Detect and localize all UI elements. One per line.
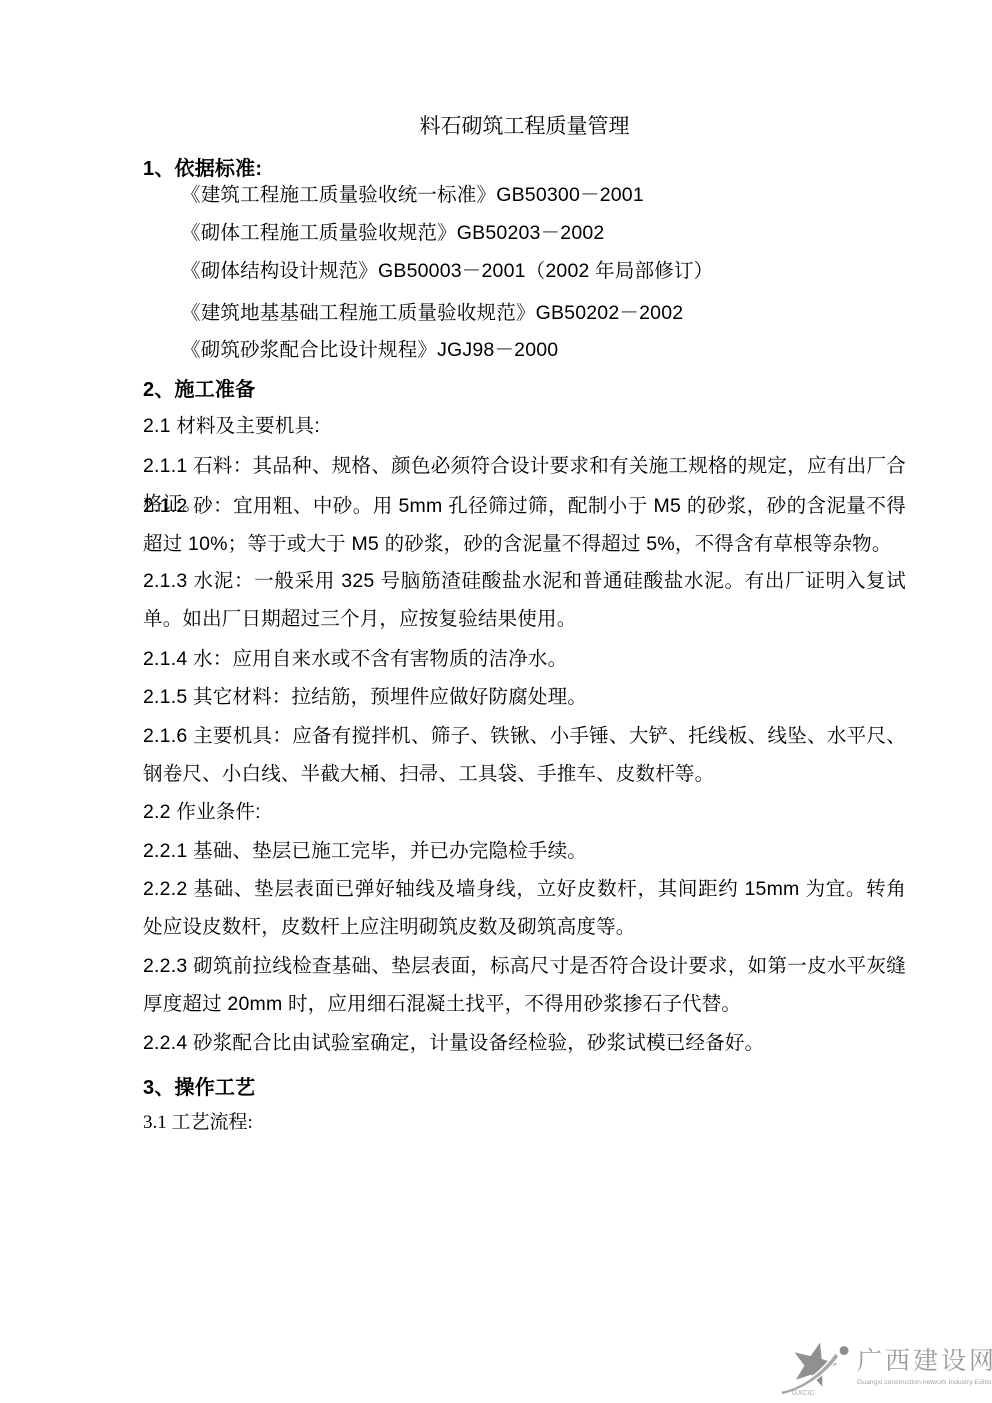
section-2-heading: 2、施工准备 (143, 371, 906, 409)
star-logo-icon: GXCIC (779, 1338, 853, 1398)
para-2-2-2: 2.2.2 基础、垫层表面已弹好轴线及墙身线，立好皮数杆，其间距约 15mm 为… (143, 870, 906, 947)
watermark-texts: 广西建设网 Guangxi construction network Indus… (857, 1348, 992, 1387)
watermark-tagline: Guangxi construction network Industry Ed… (857, 1379, 992, 1387)
para-2-1-5: 2.1.5 其它材料：拉结筋，预埋件应做好防腐处理。 (143, 678, 906, 716)
para-2-2-1: 2.2.1 基础、垫层已施工完毕，并已办完隐检手续。 (143, 832, 906, 870)
reference-item-1: 《建筑工程施工质量验收统一标准》GB50300－2001 (181, 176, 906, 214)
para-2-1-2: 2.1.2 砂：宜用粗、中砂。用 5mm 孔径筛过筛，配制小于 M5 的砂浆，砂… (143, 487, 906, 564)
doc-title: 料石砌筑工程质量管理 (143, 108, 906, 146)
para-2-1-4: 2.1.4 水：应用自来水或不含有害物质的洁净水。 (143, 640, 906, 678)
logo-acronym-text: GXCIC (792, 1388, 816, 1397)
para-2-1-6: 2.1.6 主要机具：应备有搅拌机、筛子、铁锹、小手锤、大铲、托线板、线坠、水平… (143, 717, 906, 794)
para-3-1: 3.1 工艺流程: (143, 1104, 906, 1142)
para-2-2: 2.2 作业条件: (143, 793, 906, 831)
para-2-1-3: 2.1.3 水泥：一般采用 325 号脑筋渣硅酸盐水泥和普通硅酸盐水泥。有出厂证… (143, 562, 906, 639)
section-3-heading: 3、操作工艺 (143, 1069, 906, 1107)
para-2-1: 2.1 材料及主要机具: (143, 407, 906, 445)
watermark-site-name: 广西建设网 (857, 1348, 992, 1376)
para-2-2-3: 2.2.3 砌筑前拉线检查基础、垫层表面，标高尺寸是否符合设计要求，如第一皮水平… (143, 947, 906, 1024)
document-page: 料石砌筑工程质量管理 1、依据标准: 《建筑工程施工质量验收统一标准》GB503… (0, 0, 992, 1403)
reference-item-3: 《砌体结构设计规范》GB50003－2001（2002 年局部修订） (181, 252, 906, 290)
reference-item-2: 《砌体工程施工质量验收规范》GB50203－2002 (181, 214, 906, 252)
reference-item-4: 《建筑地基基础工程施工质量验收规范》GB50202－2002 (181, 294, 906, 332)
site-watermark: GXCIC 广西建设网 Guangxi construction network… (779, 1338, 991, 1400)
para-2-2-4: 2.2.4 砂浆配合比由试验室确定，计量设备经检验，砂浆试模已经备好。 (143, 1024, 906, 1062)
reference-item-5: 《砌筑砂浆配合比设计规程》JGJ98－2000 (181, 331, 906, 369)
